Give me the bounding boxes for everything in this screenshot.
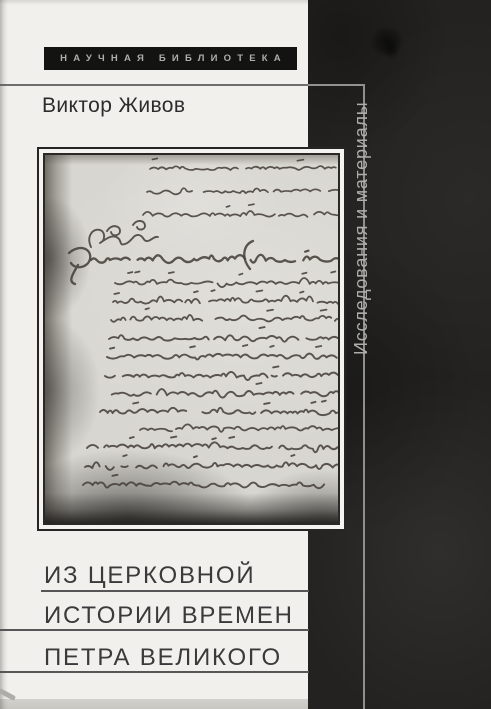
author-name: Виктор Живов	[42, 94, 185, 118]
series-label: НАУЧНАЯ БИБЛИОТЕКА	[54, 53, 287, 64]
side-text-container: Исследования и материалы	[374, 97, 400, 355]
series-band: НАУЧНАЯ БИБЛИОТЕКА	[44, 47, 297, 70]
left-edge-shading	[0, 0, 8, 709]
title-line-3: ПЕТРА ВЕЛИКОГО	[44, 646, 282, 670]
frame-rule-horizontal-dark-segment	[308, 84, 364, 86]
bottom-page-edge	[0, 699, 308, 709]
title-line-2: ИСТОРИИ ВРЕМЕН	[44, 604, 294, 628]
title-line-1: ИЗ ЦЕРКОВНОЙ	[44, 564, 255, 588]
title-underline-2	[0, 629, 309, 631]
title-underline-1	[41, 590, 309, 592]
manuscript-photo	[45, 155, 338, 523]
title-underline-3	[0, 671, 309, 673]
series-subtitle: Исследования и материалы	[348, 102, 374, 356]
manuscript-plate-inner-frame	[43, 153, 340, 525]
book-cover: НАУЧНАЯ БИБЛИОТЕКА Виктор Живов Исследов…	[0, 0, 491, 709]
publisher-emblem-icon	[369, 25, 407, 65]
manuscript-plate	[37, 147, 346, 531]
manuscript-handwriting	[45, 155, 338, 523]
